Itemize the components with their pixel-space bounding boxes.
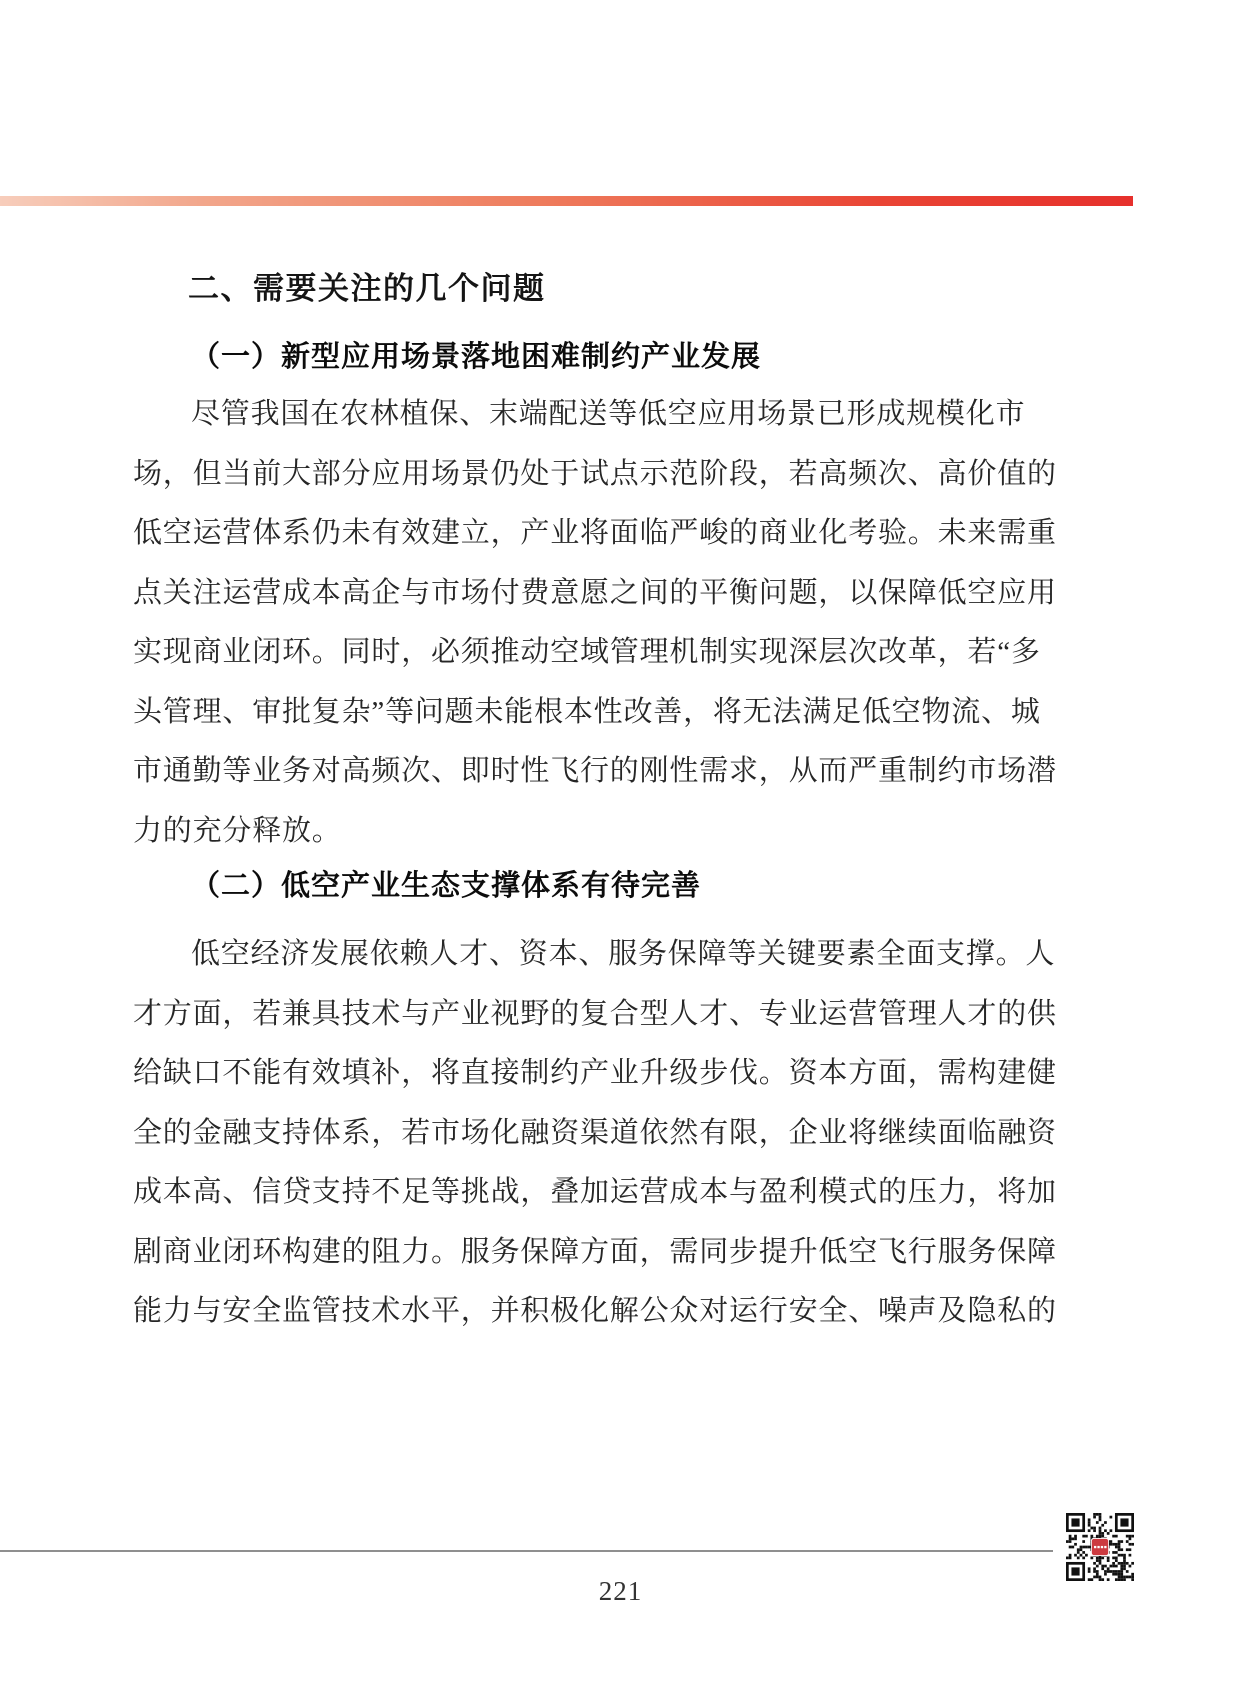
accent-bar: [0, 196, 1133, 206]
text-line: 实现商业闭环。同时，必须推动空域管理机制实现深层次改革，若“多: [133, 623, 1063, 683]
text-line: 低空经济发展依赖人才、资本、服务保障等关键要素全面支撑。人: [133, 925, 1063, 985]
qr-code: [1066, 1512, 1134, 1582]
page-number: 221: [0, 1576, 1241, 1607]
text-line: 能力与安全监管技术水平，并积极化解公众对运行安全、噪声及隐私的: [133, 1282, 1063, 1342]
text-line: 给缺口不能有效填补，将直接制约产业升级步伐。资本方面，需构建健: [133, 1044, 1063, 1104]
text-line: 成本高、信贷支持不足等挑战，叠加运营成本与盈利模式的压力，将加: [133, 1163, 1063, 1223]
document-page: 二、需要关注的几个问题 （一）新型应用场景落地困难制约产业发展 尽管我国在农林植…: [0, 0, 1241, 1684]
text-line: 才方面，若兼具技术与产业视野的复合型人才、专业运营管理人才的供: [133, 985, 1063, 1045]
footer-divider: [0, 1550, 1053, 1552]
text-line: 全的金融支持体系，若市场化融资渠道依然有限，企业将继续面临融资: [133, 1104, 1063, 1164]
text-line: 低空运营体系仍未有效建立，产业将面临严峻的商业化考验。未来需重: [133, 504, 1063, 564]
text-line: 力的充分释放。: [133, 802, 1063, 862]
qr-code-image: [1066, 1512, 1134, 1582]
text-line: 头管理、审批复杂”等问题未能根本性改善，将无法满足低空物流、城: [133, 683, 1063, 743]
text-line: 市通勤等业务对高频次、即时性飞行的刚性需求，从而严重制约市场潜: [133, 742, 1063, 802]
text-line: 尽管我国在农林植保、末端配送等低空应用场景已形成规模化市: [133, 385, 1063, 445]
subsection-2-heading: （二）低空产业生态支撑体系有待完善: [191, 868, 701, 904]
text-line: 点关注运营成本高企与市场付费意愿之间的平衡问题，以保障低空应用: [133, 564, 1063, 624]
subsection-1-heading: （一）新型应用场景落地困难制约产业发展: [191, 339, 761, 375]
section-title: 二、需要关注的几个问题: [188, 271, 546, 307]
text-line: 场，但当前大部分应用场景仍处于试点示范阶段，若高频次、高价值的: [133, 445, 1063, 505]
text-line: 剧商业闭环构建的阻力。服务保障方面，需同步提升低空飞行服务保障: [133, 1223, 1063, 1283]
paragraph-1: 尽管我国在农林植保、末端配送等低空应用场景已形成规模化市场，但当前大部分应用场景…: [133, 385, 1063, 861]
paragraph-2: 低空经济发展依赖人才、资本、服务保障等关键要素全面支撑。人才方面，若兼具技术与产…: [133, 925, 1063, 1342]
